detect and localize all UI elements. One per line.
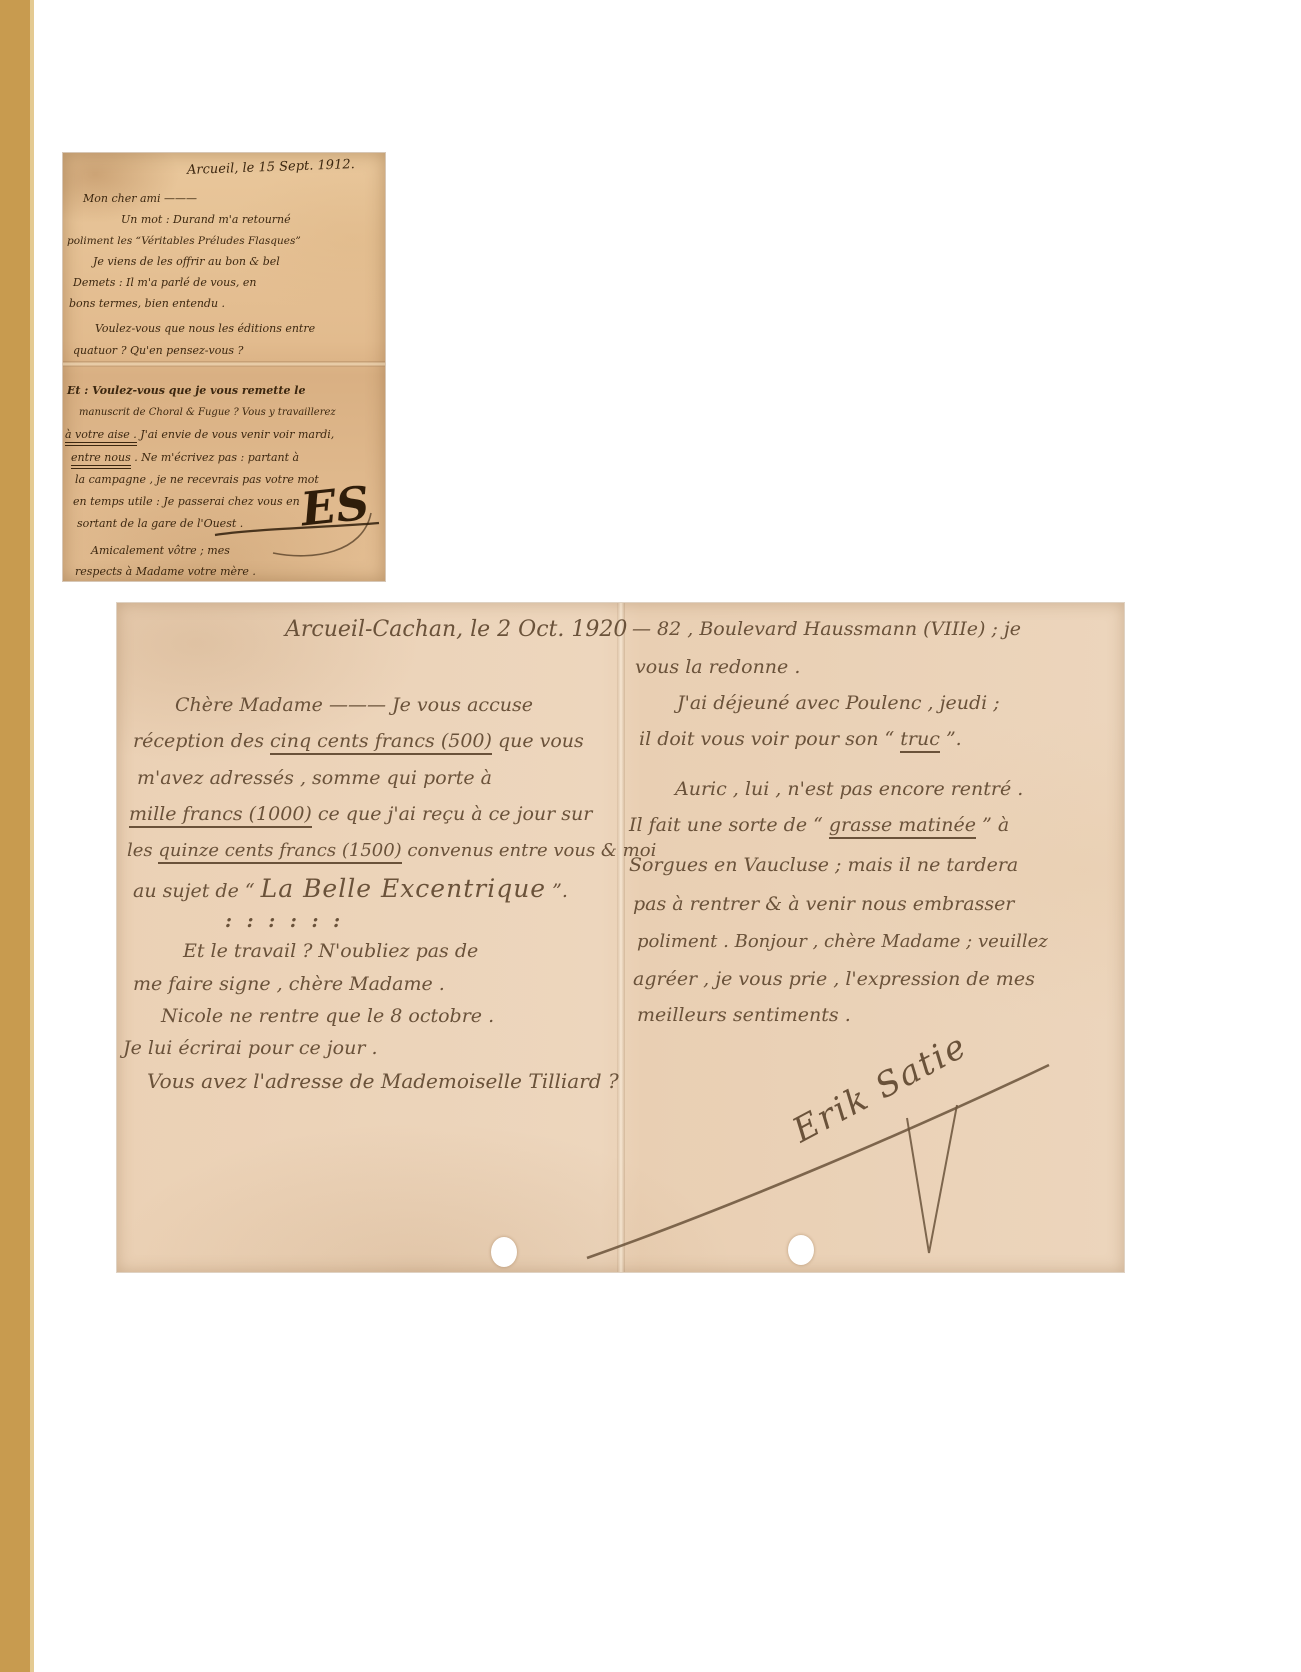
- underlined-phrase: entre nous: [71, 451, 131, 469]
- letter1912-line: bons termes, bien entendu .: [69, 298, 225, 311]
- letter1920-line: — 82 , Boulevard Haussmann (VIIIe) ; je: [632, 619, 1021, 641]
- left-accent-bar: [0, 0, 34, 1672]
- letter-scan-1920: Arcueil-Cachan, le 2 Oct. 1920 Chère Mad…: [117, 603, 1124, 1272]
- center-fold: [617, 603, 625, 1272]
- work-title: La Belle Excentrique: [261, 874, 547, 903]
- letter1912-line: entre nous . Ne m'écrivez pas : partant …: [71, 452, 299, 465]
- text-segment: J'ai envie de vous venir voir mardi,: [137, 428, 334, 441]
- letter1912-line: Un mot : Durand m'a retourné: [121, 214, 291, 227]
- letter1920-line: J'ai déjeuné avec Poulenc , jeudi ;: [677, 693, 1000, 715]
- letter-scan-1912: Arcueil, le 15 Sept. 1912. Mon cher ami …: [63, 153, 385, 581]
- catalog-page: Arcueil, le 15 Sept. 1912. Mon cher ami …: [0, 0, 1301, 1672]
- letter1920-line: réception des cinq cents francs (500) qu…: [133, 731, 584, 753]
- erik-satie-signature: Erik Satie: [786, 1026, 974, 1151]
- letter1912-line: Je viens de les offrir au bon & bel: [93, 256, 280, 269]
- letter1920-line: agréer , je vous prie , l'expression de …: [633, 969, 1035, 991]
- text-segment: convenus entre vous & moi: [402, 840, 657, 861]
- letter1912-line: Amicalement vôtre ; mes: [91, 545, 230, 558]
- text-segment: ”.: [546, 880, 568, 902]
- letter1920-line: poliment . Bonjour , chère Madame ; veui…: [637, 932, 1048, 953]
- letter1920-line: Il fait une sorte de “ grasse matinée ” …: [629, 815, 1009, 837]
- underlined-phrase: mille francs (1000): [129, 803, 312, 828]
- underlined-phrase: grasse matinée: [829, 814, 976, 839]
- letter1920-line: au sujet de “ La Belle Excentrique ”.: [133, 875, 568, 904]
- letter1920-line: pas à rentrer & à venir nous embrasser: [633, 894, 1014, 916]
- letter1920-line: Vous avez l'adresse de Mademoiselle Till…: [147, 1070, 619, 1093]
- text-segment: . Ne m'écrivez pas : partant à: [131, 451, 299, 464]
- text-segment: ”.: [940, 728, 962, 750]
- punch-hole-right: [788, 1235, 814, 1265]
- letter1912-line: Demets : Il m'a parlé de vous, en: [73, 277, 257, 290]
- letter1920-line: mille francs (1000) ce que j'ai reçu à c…: [129, 804, 592, 826]
- letter1912-line: quatuor ? Qu'en pensez-vous ?: [73, 345, 243, 358]
- text-segment: réception des: [133, 730, 270, 752]
- letter1912-line: manuscrit de Choral & Fugue ? Vous y tra…: [79, 407, 336, 419]
- letter1912-line: Mon cher ami ———: [83, 193, 197, 206]
- letter1920-dateline: Arcueil-Cachan, le 2 Oct. 1920: [285, 617, 627, 642]
- letter1920-line: meilleurs sentiments .: [637, 1005, 851, 1027]
- underlined-phrase: truc: [900, 728, 940, 753]
- text-segment: Il fait une sorte de “: [629, 814, 829, 836]
- underlined-phrase: à votre aise .: [65, 428, 137, 446]
- letter1920-line: les quinze cents francs (1500) convenus …: [127, 841, 656, 862]
- text-segment: ” à: [976, 814, 1009, 836]
- letter1920-line: Sorgues en Vaucluse ; mais il ne tardera: [629, 855, 1018, 877]
- letter1920-line: Je lui écrirai pour ce jour .: [123, 1038, 378, 1060]
- letter1920-line: Chère Madame ——— Je vous accuse: [175, 695, 533, 717]
- dotted-separator: : : : : : :: [225, 911, 344, 933]
- paraph-flourish-icon: [213, 483, 383, 581]
- letter1920-line: me faire signe , chère Madame .: [133, 974, 445, 996]
- punch-hole-left: [491, 1237, 517, 1267]
- text-segment: les: [127, 840, 158, 861]
- letter1920-line: il doit vous voir pour son “ truc ”.: [639, 729, 962, 751]
- letter1920-line: Auric , lui , n'est pas encore rentré .: [675, 779, 1023, 801]
- underlined-phrase: quinze cents francs (1500): [158, 840, 401, 864]
- text-segment: que vous: [492, 730, 584, 752]
- horizontal-fold-crease: [63, 361, 385, 367]
- letter1920-line: m'avez adressés , somme qui porte à: [137, 768, 492, 790]
- letter1912-dateline: Arcueil, le 15 Sept. 1912.: [187, 158, 355, 179]
- letter1920-line: vous la redonne .: [635, 657, 800, 679]
- text-segment: au sujet de “: [133, 880, 261, 902]
- letter1912-line: Et : Voulez-vous que je vous remette le: [67, 385, 305, 398]
- text-segment: il doit vous voir pour son “: [639, 728, 900, 750]
- letter1912-line: à votre aise . J'ai envie de vous venir …: [65, 429, 334, 442]
- underlined-phrase: cinq cents francs (500): [270, 730, 492, 755]
- letter1920-line: Et le travail ? N'oubliez pas de: [183, 941, 478, 963]
- text-segment: ce que j'ai reçu à ce jour sur: [312, 803, 593, 825]
- letter1920-line: Nicole ne rentre que le 8 octobre .: [161, 1006, 494, 1028]
- letter1912-line: poliment les “Véritables Préludes Flasqu…: [67, 235, 301, 247]
- letter1912-line: Voulez-vous que nous les éditions entre: [95, 323, 315, 336]
